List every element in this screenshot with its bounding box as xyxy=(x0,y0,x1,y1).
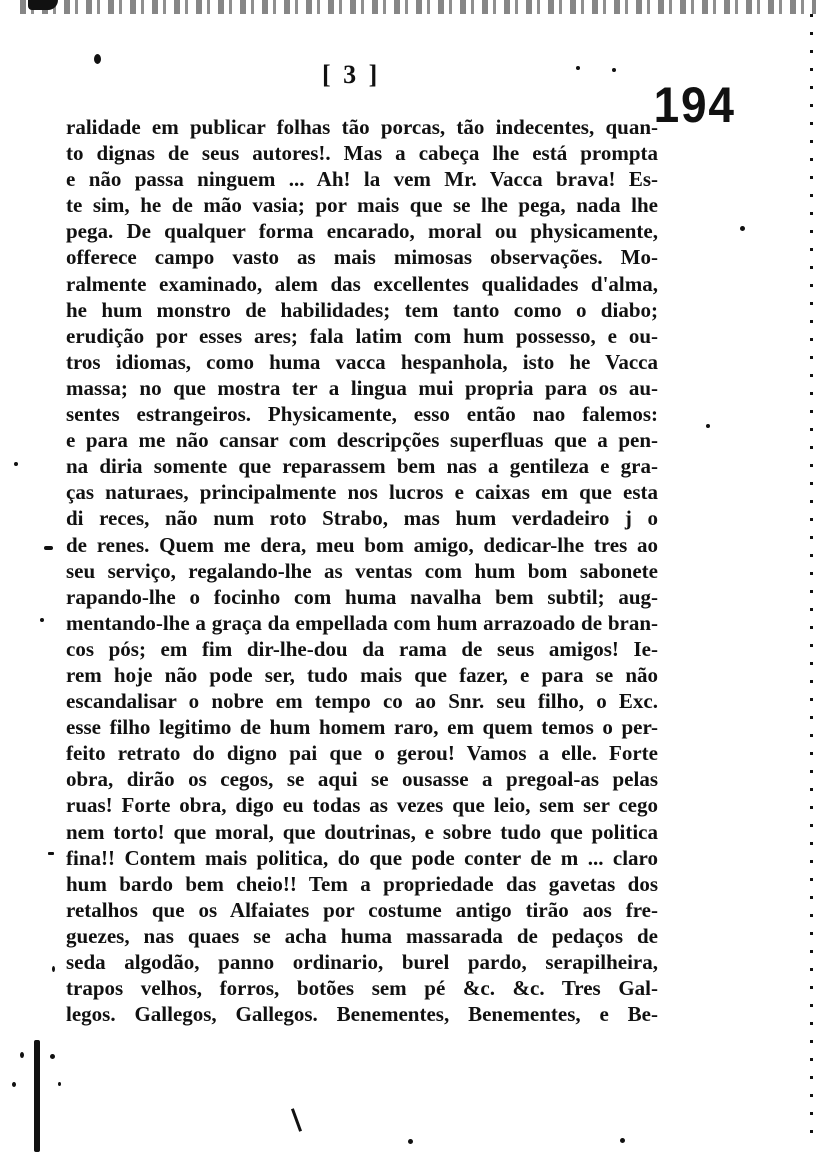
ink-dot xyxy=(620,1138,625,1143)
text-line: he hum monstro de habilidades; tem tanto… xyxy=(66,297,658,323)
ink-dot xyxy=(52,966,55,972)
text-line: e para me não cansar com descripções sup… xyxy=(66,427,658,453)
ink-dot xyxy=(740,226,745,231)
text-line: ralidade em publicar folhas tão porcas, … xyxy=(66,114,658,140)
text-line: retalhos que os Alfaiates por costume an… xyxy=(66,897,658,923)
text-line: ruas! Forte obra, digo eu todas as vezes… xyxy=(66,792,658,818)
text-line: sentes estrangeiros. Physicamente, esso … xyxy=(66,401,658,427)
ink-dot xyxy=(408,1139,413,1144)
ink-dot xyxy=(50,1054,55,1059)
text-line: e não passa ninguem ... Ah! la vem Mr. V… xyxy=(66,166,658,192)
ink-dot xyxy=(612,68,616,72)
folio-number: 194 xyxy=(654,76,736,134)
text-line: ralmente examinado, alem das excellentes… xyxy=(66,271,658,297)
text-line: offerece campo vasto as mais mimosas obs… xyxy=(66,244,658,270)
scan-edge-artifact xyxy=(20,0,816,14)
binding-mark xyxy=(34,1040,40,1152)
text-line: esse filho legitimo de hum homem raro, e… xyxy=(66,714,658,740)
text-line: obra, dirão os cegos, se aqui se ousasse… xyxy=(66,766,658,792)
text-line: tros idiomas, como huma vacca hespanhola… xyxy=(66,349,658,375)
ink-dot xyxy=(14,462,18,466)
ink-stroke xyxy=(291,1108,302,1132)
text-line: trapos velhos, forros, botões sem pé &c.… xyxy=(66,975,658,1001)
ink-dot xyxy=(94,54,101,64)
text-line: cos pós; em fim dir-lhe-dou da rama de s… xyxy=(66,636,658,662)
scan-right-edge-artifact xyxy=(810,14,813,1134)
text-line: legos. Gallegos, Gallegos. Benementes, B… xyxy=(66,1001,658,1027)
text-line: de renes. Quem me dera, meu bom amigo, d… xyxy=(66,532,658,558)
text-line: na diria somente que reparassem bem nas … xyxy=(66,453,658,479)
text-line: feito retrato do digno pai que o gerou! … xyxy=(66,740,658,766)
text-line: hum bardo bem cheio!! Tem a propriedade … xyxy=(66,871,658,897)
ink-dot xyxy=(706,424,710,428)
text-line: rapando-lhe o focinho com huma navalha b… xyxy=(66,584,658,610)
text-line: massa; no que mostra ter a lingua mui pr… xyxy=(66,375,658,401)
text-line: escandalisar o nobre em tempo co ao Snr.… xyxy=(66,688,658,714)
ink-dot xyxy=(12,1082,16,1087)
ink-dot xyxy=(20,1052,24,1058)
ink-dot xyxy=(40,618,44,622)
text-line: di reces, não num roto Strabo, mas hum v… xyxy=(66,505,658,531)
text-line: ças naturaes, principalmente nos lucros … xyxy=(66,479,658,505)
page-number: [ 3 ] xyxy=(322,60,380,90)
text-line: te sim, he de mão vasia; por mais que se… xyxy=(66,192,658,218)
body-text: ralidade em publicar folhas tão porcas, … xyxy=(66,114,658,1027)
text-line: nem torto! que moral, que doutrinas, e s… xyxy=(66,819,658,845)
ink-dot xyxy=(44,546,53,550)
text-line: seda algodão, panno ordinario, burel par… xyxy=(66,949,658,975)
text-line: rem hoje não pode ser, tudo mais que faz… xyxy=(66,662,658,688)
ink-dot xyxy=(576,66,580,70)
text-line: seu serviço, regalando-lhe as ventas com… xyxy=(66,558,658,584)
text-line: guezes, nas quaes se acha huma massarada… xyxy=(66,923,658,949)
ink-dot xyxy=(58,1082,61,1086)
text-line: erudição por esses ares; fala latim com … xyxy=(66,323,658,349)
text-line: to dignas de seus autores!. Mas a cabeça… xyxy=(66,140,658,166)
text-line: mentando-lhe a graça da empellada com hu… xyxy=(66,610,658,636)
ink-dot xyxy=(48,852,54,855)
text-line: pega. De qualquer forma encarado, moral … xyxy=(66,218,658,244)
text-line: fina!! Contem mais politica, do que pode… xyxy=(66,845,658,871)
